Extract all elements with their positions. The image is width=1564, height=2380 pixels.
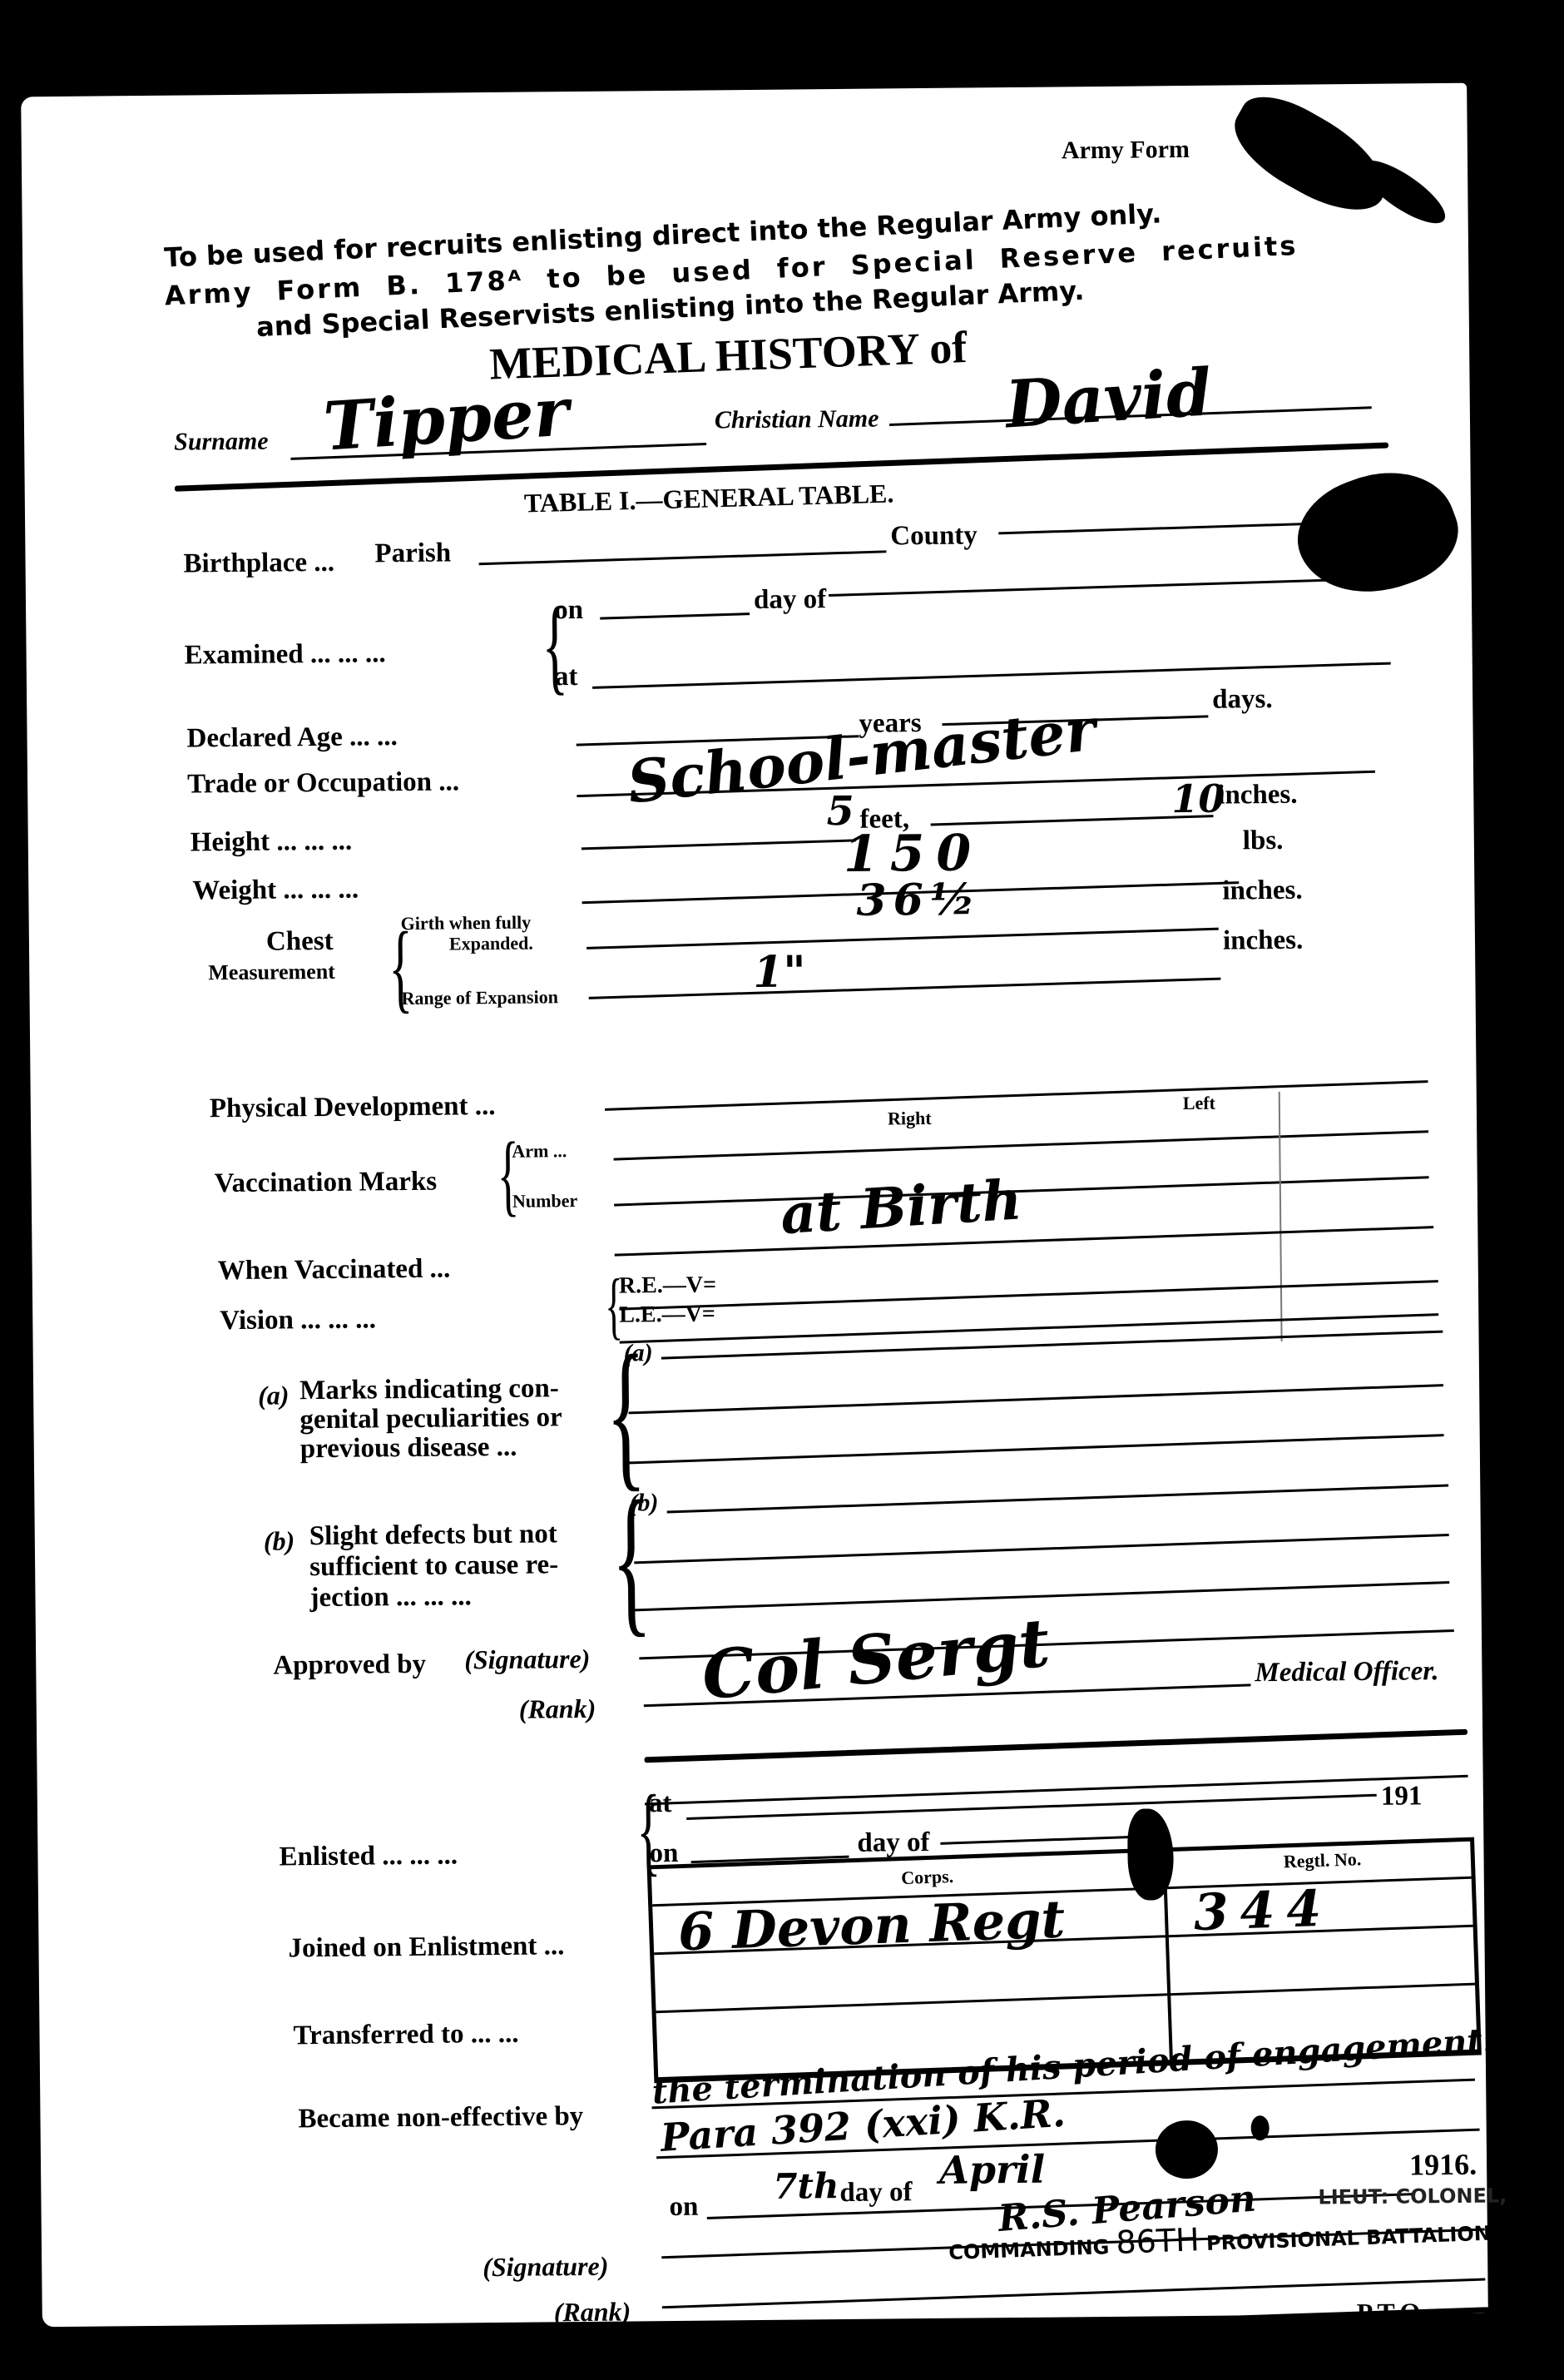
vision-left-field[interactable] (620, 1313, 1439, 1344)
weight-label: Weight ... ... ... (192, 875, 359, 907)
christian-name-label: Christian Name (715, 405, 879, 435)
girth-unit: inches. (1222, 875, 1303, 907)
defects-label-1: Slight defects but not (309, 1519, 557, 1552)
declared-age-label: Declared Age ... ... (186, 721, 398, 754)
forms-number: B. 178. (928, 2337, 965, 2351)
section-divider (644, 1729, 1467, 1763)
enlisted-day-of-field[interactable] (940, 1836, 1140, 1845)
transferred-to-label: Transferred to ... ... (293, 2019, 518, 2052)
marks-field-1[interactable] (661, 1331, 1443, 1360)
county-field[interactable] (998, 522, 1331, 534)
marks-field-2[interactable] (628, 1384, 1443, 1414)
right-eye-label: R.E.—V= (619, 1272, 716, 1299)
enlisted-year-prefix: 191 (1381, 1781, 1423, 1812)
parish-field[interactable] (479, 550, 887, 565)
stamp-unit-suffix: PROVISIONAL BATTALION T.F. (1206, 2220, 1535, 2255)
stamp-rank: LIEUT: COLONEL, (1318, 2184, 1507, 2209)
examined-day-of-field[interactable] (829, 578, 1378, 597)
enlisted-label: Enlisted ... ... ... (279, 1840, 458, 1872)
physical-development-label: Physical Development ... (210, 1091, 496, 1124)
range-unit: inches. (1223, 925, 1304, 957)
vision-label: Vision ... ... ... (220, 1304, 376, 1336)
height-label: Height ... ... ... (191, 826, 353, 859)
vaccination-arm-field[interactable] (614, 1130, 1429, 1160)
right-label: Right (888, 1108, 932, 1130)
non-effective-year: 1916. (1409, 2147, 1477, 2183)
marks-label-3: previous disease ... (300, 1432, 517, 1465)
chest-range-field[interactable] (589, 978, 1221, 999)
marks-label-2: genital peculiarities or (299, 1402, 562, 1435)
range-of-expansion-label: Range of Expansion (401, 986, 558, 1009)
enlisted-blank-line (645, 1775, 1468, 1806)
examined-at-label: at (555, 662, 578, 692)
ink-stain (1283, 451, 1472, 616)
pto-label: P.T.O. (1357, 2297, 1428, 2328)
marks-marker: (a) (258, 1380, 290, 1411)
enlisted-at-label: at (649, 1788, 672, 1819)
chest-girth-field[interactable] (586, 928, 1219, 950)
birthplace-label: Birthplace ... (183, 548, 334, 580)
corps-header: Corps. (901, 1866, 954, 1889)
non-effective-day-value: 7th (773, 2165, 839, 2207)
trade-label: Trade or Occupation ... (187, 766, 459, 800)
vision-right-field[interactable] (619, 1280, 1438, 1311)
non-effective-on-label: on (669, 2192, 698, 2223)
approved-signature-label: (Signature) (464, 1644, 590, 1675)
christian-name-value: David (1003, 355, 1214, 443)
when-vaccinated-label: When Vaccinated ... (218, 1254, 451, 1287)
regtl-no-header: Regtl. No. (1283, 1848, 1361, 1872)
marks-label-1: Marks indicating con- (299, 1373, 559, 1406)
physical-development-field[interactable] (605, 1080, 1428, 1111)
defects-field-2[interactable] (634, 1534, 1449, 1564)
non-effective-month-value: April (939, 2147, 1046, 2193)
non-effective-day-of-label: day of (839, 2177, 912, 2209)
defects-label-3: jection ... ... ... (309, 1581, 472, 1614)
inches-label: inches. (1217, 780, 1298, 811)
when-vaccinated-field[interactable] (615, 1226, 1434, 1257)
examined-label: Examined ... ... ... (184, 638, 385, 671)
girth-label: Girth when fully (401, 912, 532, 935)
parish-label: Parish (374, 538, 451, 569)
rank-label: (Rank) (554, 2296, 631, 2328)
stamp-unit-number: 86TH (1116, 2221, 1200, 2261)
defects-field-1[interactable] (667, 1485, 1449, 1514)
arm-label: Arm ... (512, 1140, 567, 1163)
non-effective-label: Became non-effective by (298, 2101, 583, 2135)
signature-label: (Signature) (483, 2251, 608, 2283)
chest-label: Chest (266, 926, 334, 958)
examined-on-label: on (554, 595, 583, 626)
marks-field-3[interactable] (629, 1434, 1444, 1464)
forms-label: Forms (928, 2320, 963, 2334)
joined-on-enlistment-label: Joined on Enlistment ... (288, 1931, 564, 1964)
stamp-unit-prefix: COMMANDING (948, 2235, 1110, 2264)
enlisted-day-of-label: day of (857, 1827, 929, 1859)
measurement-label: Measurement (208, 959, 335, 985)
approved-by-label: Approved by (273, 1649, 426, 1682)
document-page: Army Form To be used for recruits enlist… (21, 83, 1488, 2328)
defects-label-2: sufficient to cause re- (309, 1549, 558, 1583)
column-divider (1279, 1092, 1283, 1341)
marks-field-marker: (a) (624, 1339, 653, 1367)
left-label: Left (1183, 1093, 1215, 1114)
county-label: County (890, 520, 977, 552)
ink-stain (1220, 82, 1402, 229)
days-label: days. (1212, 684, 1273, 716)
table-title: TABLE I.—GENERAL TABLE. (523, 478, 893, 518)
height-feet-field[interactable] (582, 839, 856, 850)
ink-stain (1156, 2120, 1219, 2179)
chest-girth-value: 36½ (856, 874, 982, 925)
examined-day-of-label: day of (754, 584, 826, 616)
examined-on-field[interactable] (600, 612, 750, 619)
weight-unit: lbs. (1243, 826, 1284, 856)
ink-stain (1251, 2115, 1270, 2140)
army-form-label: Army Form (1062, 136, 1190, 165)
surname-label: Surname (174, 428, 269, 457)
number-label: Number (512, 1190, 577, 1212)
defects-marker: (b) (264, 1525, 295, 1556)
approved-rank-label: (Rank) (519, 1693, 596, 1725)
when-vaccinated-value: at Birth (779, 1167, 1024, 1247)
medical-officer-label: Medical Officer. (1255, 1656, 1439, 1688)
defects-field-marker: (b) (629, 1489, 658, 1517)
vaccination-marks-label: Vaccination Marks (215, 1167, 438, 1200)
girth-label-2: Expanded. (449, 933, 533, 955)
